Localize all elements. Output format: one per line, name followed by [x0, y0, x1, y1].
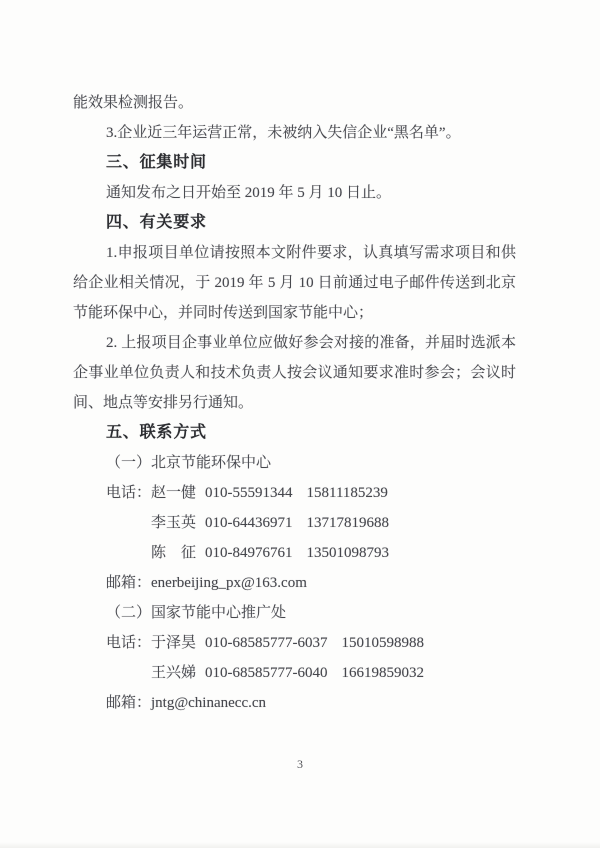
- contact-mobile: 15010598988: [342, 628, 425, 658]
- section-4-paragraph-1-line-3: 节能环保中心，并同时传送到国家节能中心；: [73, 298, 516, 328]
- email-label: 邮箱：: [106, 568, 151, 598]
- contact-mobile: 13717819688: [307, 508, 390, 538]
- contact-phone-row: 电话： 赵一健 010-55591344 15811185239: [73, 478, 516, 508]
- contact-group-1-title: （一）北京节能环保中心: [73, 448, 516, 478]
- contact-phone-row: 电话： 于泽昊 010-68585777-6037 15010598988: [73, 628, 516, 658]
- email-label: 邮箱：: [106, 688, 151, 718]
- section-4-paragraph-2-line-2: 企事业单位负责人和技术负责人按会议通知要求准时参会；会议时: [73, 358, 516, 388]
- label-spacer: [106, 538, 151, 568]
- contact-telephone: 010-64436971: [205, 508, 293, 538]
- scanned-document-page: 能效果检测报告。 3.企业近三年运营正常，未被纳入失信企业“黑名单”。 三、征集…: [0, 0, 600, 848]
- contact-name: 于泽昊: [151, 628, 205, 658]
- section-4-paragraph-1-line-2: 给企业相关情况，于 2019 年 5 月 10 日前通过电子邮件传送到北京: [73, 268, 516, 298]
- section-4-heading: 四、有关要求: [73, 208, 516, 238]
- contact-telephone: 010-84976761: [205, 538, 293, 568]
- section-5-heading: 五、联系方式: [73, 418, 516, 448]
- phone-label: 电话：: [106, 478, 151, 508]
- contact-name: 陈 征: [151, 538, 205, 568]
- page-number: 3: [0, 757, 600, 772]
- list-item-3: 3.企业近三年运营正常，未被纳入失信企业“黑名单”。: [73, 118, 516, 148]
- label-spacer: [106, 658, 151, 688]
- contact-phone-row: 李玉英 010-64436971 13717819688: [73, 508, 516, 538]
- section-3-text: 通知发布之日开始至 2019 年 5 月 10 日止。: [73, 178, 516, 208]
- contact-telephone: 010-68585777-6037: [205, 628, 328, 658]
- paragraph-continuation-line: 能效果检测报告。: [73, 88, 516, 118]
- label-spacer: [106, 508, 151, 538]
- contact-name: 李玉英: [151, 508, 205, 538]
- contact-mobile: 13501098793: [307, 538, 390, 568]
- contact-phone-row: 王兴娣 010-68585777-6040 16619859032: [73, 658, 516, 688]
- contact-email: jntg@chinanecc.cn: [151, 688, 266, 718]
- contact-name: 赵一健: [151, 478, 205, 508]
- phone-label: 电话：: [106, 628, 151, 658]
- contact-telephone: 010-55591344: [205, 478, 293, 508]
- contact-mobile: 16619859032: [342, 658, 425, 688]
- contact-mobile: 15811185239: [307, 478, 388, 508]
- contact-name: 王兴娣: [151, 658, 205, 688]
- contact-phone-row: 陈 征 010-84976761 13501098793: [73, 538, 516, 568]
- contact-email: enerbeijing_px@163.com: [151, 568, 307, 598]
- contact-group-2-title: （二）国家节能中心推广处: [73, 598, 516, 628]
- section-4-paragraph-2-line-1: 2. 上报项目企事业单位应做好参会对接的准备，并届时选派本: [73, 328, 516, 358]
- contact-email-row: 邮箱： enerbeijing_px@163.com: [73, 568, 516, 598]
- section-4-paragraph-2-line-3: 间、地点等安排另行通知。: [73, 388, 516, 418]
- section-4-paragraph-1-line-1: 1.申报项目单位请按照本文附件要求，认真填写需求项目和供: [73, 238, 516, 268]
- section-3-heading: 三、征集时间: [73, 148, 516, 178]
- contact-telephone: 010-68585777-6040: [205, 658, 328, 688]
- contact-email-row: 邮箱： jntg@chinanecc.cn: [73, 688, 516, 718]
- document-body: 能效果检测报告。 3.企业近三年运营正常，未被纳入失信企业“黑名单”。 三、征集…: [73, 88, 516, 718]
